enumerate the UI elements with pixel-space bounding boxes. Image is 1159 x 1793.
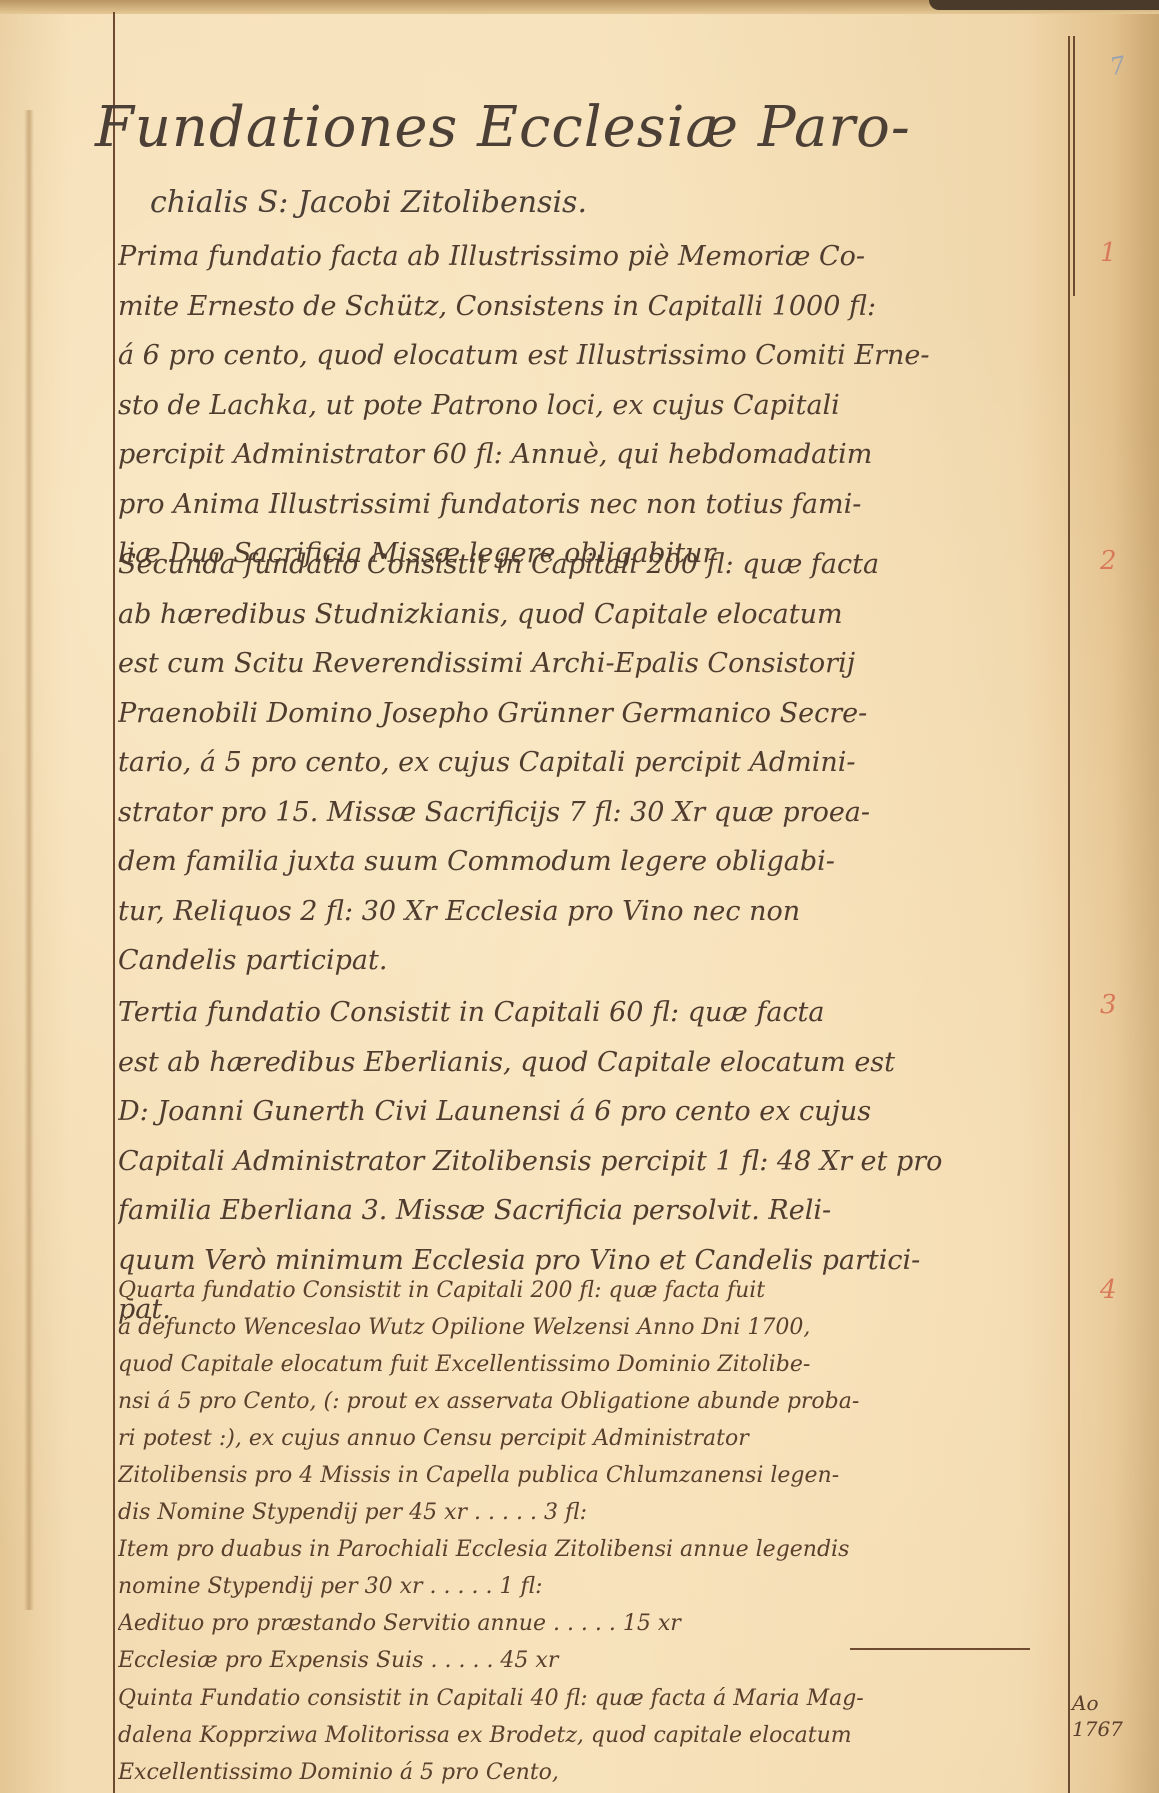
text-line: á 6 pro cento, quod elocatum est Illustr… <box>118 331 1063 381</box>
text-line: D: Joanni Gunerth Civi Launensi á 6 pro … <box>118 1087 1063 1137</box>
left-margin-rule <box>113 12 115 1793</box>
margin-number-2: 2 <box>1100 546 1117 576</box>
text-line: sto de Lachka, ut pote Patrono loci, ex … <box>118 381 1063 431</box>
text-line: Zitolibensis pro 4 Missis in Capella pub… <box>118 1457 1063 1494</box>
text-line: Secunda fundatio Consistit in Capitali 2… <box>118 540 1063 590</box>
text-line: strator pro 15. Missæ Sacrificijs 7 fl: … <box>118 788 1063 838</box>
foundation-4: Quarta fundatio Consistit in Capitali 20… <box>118 1272 1063 1679</box>
text-line: pro Anima Illustrissimi fundatoris nec n… <box>118 480 1063 530</box>
foundation-2: Secunda fundatio Consistit in Capitali 2… <box>118 540 1063 986</box>
foundation-5: Quinta Fundatio consistit in Capitali 40… <box>118 1680 1063 1791</box>
right-margin-rule-double <box>1073 36 1075 296</box>
margin-number-1: 1 <box>1100 238 1117 268</box>
text-line: á defuncto Wenceslao Wutz Opilione Welze… <box>118 1309 1063 1346</box>
text-line: Tertia fundatio Consistit in Capitali 60… <box>118 988 1063 1038</box>
text-line: tario, á 5 pro cento, ex cujus Capitali … <box>118 738 1063 788</box>
margin-number-3: 3 <box>1100 990 1117 1020</box>
document-subtitle: chialis S: Jacobi Zitolibensis. <box>150 185 1050 220</box>
manuscript-page: 7 Fundationes Ecclesiæ Paro- chialis S: … <box>0 0 1159 1793</box>
text-line: familia Eberliana 3. Missæ Sacrificia pe… <box>118 1186 1063 1236</box>
foundation-1: Prima fundatio facta ab Illustrissimo pi… <box>118 232 1063 579</box>
text-line: Quinta Fundatio consistit in Capitali 40… <box>118 1680 1063 1717</box>
text-line: quod Capitale elocatum fuit Excellentiss… <box>118 1346 1063 1383</box>
text-line: Prima fundatio facta ab Illustrissimo pi… <box>118 232 1063 282</box>
margin-number-4: 4 <box>1100 1275 1117 1305</box>
text-line: ri potest :), ex cujus annuo Censu perci… <box>118 1420 1063 1457</box>
right-margin-rule <box>1068 36 1070 1793</box>
text-line: nsi á 5 pro Cento, (: prout ex asservata… <box>118 1383 1063 1420</box>
text-line: Excellentissimo Dominio á 5 pro Cento, <box>118 1754 1063 1791</box>
text-line: Capitali Administrator Zitolibensis perc… <box>118 1137 1063 1187</box>
text-line: dem familia juxta suum Commodum legere o… <box>118 837 1063 887</box>
sum-rule <box>850 1648 1030 1650</box>
text-line: Candelis participat. <box>118 936 1063 986</box>
text-line: mite Ernesto de Schütz, Consistens in Ca… <box>118 282 1063 332</box>
text-line: tur, Reliquos 2 fl: 30 Xr Ecclesia pro V… <box>118 887 1063 937</box>
text-line: Praenobili Domino Josepho Grünner German… <box>118 689 1063 739</box>
text-line: nomine Stypendij per 30 xr . . . . . 1 f… <box>118 1568 1063 1605</box>
page-number: 7 <box>1108 51 1128 81</box>
document-title: Fundationes Ecclesiæ Paro- <box>95 95 1075 160</box>
text-line: Item pro duabus in Parochiali Ecclesia Z… <box>118 1531 1063 1568</box>
margin-date-note: Ao 1767 <box>1072 1690 1142 1742</box>
text-line: dalena Kopprziwa Molitorissa ex Brodetz,… <box>118 1717 1063 1754</box>
text-line: est ab hæredibus Eberlianis, quod Capita… <box>118 1038 1063 1088</box>
text-line: ab hæredibus Studnizkianis, quod Capital… <box>118 590 1063 640</box>
text-line: Quarta fundatio Consistit in Capitali 20… <box>118 1272 1063 1309</box>
text-line: percipit Administrator 60 fl: Annuè, qui… <box>118 430 1063 480</box>
text-line: est cum Scitu Reverendissimi Archi-Epali… <box>118 639 1063 689</box>
text-line: dis Nomine Stypendij per 45 xr . . . . .… <box>118 1494 1063 1531</box>
text-line: Aedituo pro præstando Servitio annue . .… <box>118 1605 1063 1642</box>
binding-shadow <box>929 0 1159 10</box>
spine-crease <box>24 110 34 1610</box>
